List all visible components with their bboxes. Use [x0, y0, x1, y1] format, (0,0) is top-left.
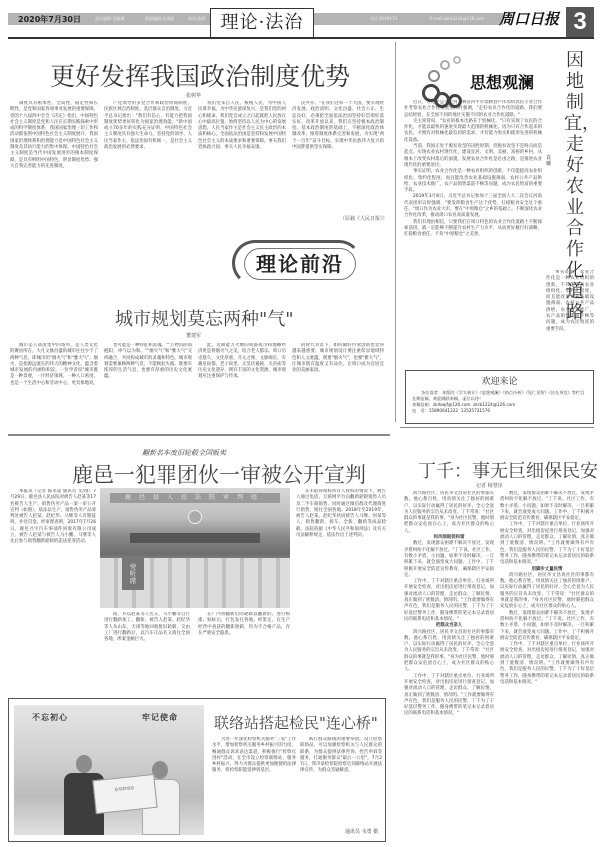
- article4-headline: 丁千：事无巨细保民安: [418, 457, 598, 483]
- slogan-left: 不忘初心: [32, 712, 68, 723]
- newspaper-logo: 周口日报: [494, 8, 564, 30]
- article5-column-1: 为进一步深化检察机关服务"三农"工作水平，增加检察机关服务乡村振兴的力度，畅通群…: [212, 737, 296, 835]
- column-divider: [395, 42, 396, 422]
- opinion-body-continued: 事实证明，农业合作化是一种农业组织的创新，不仅能提高农业组织化、集约化程度，而且…: [546, 270, 594, 365]
- judges-bench: [130, 533, 260, 543]
- article5-headline: 联络站搭起检民"连心桥": [214, 712, 378, 733]
- slogan-right: 牢记使命: [142, 712, 178, 723]
- welcome-body: 各位读者：本版的《学太极计》《思想观澜》《热点冷析》《见仁见智》《法在身边》等栏…: [412, 390, 587, 414]
- phone-number: 电话:8199173: [370, 16, 397, 22]
- court-emblem-icon: [188, 510, 202, 524]
- frontier-badge-label: 理论前沿: [244, 248, 356, 280]
- liaison-plaque: 检察联络站: [92, 774, 157, 814]
- frontier-badge: 理论前沿: [232, 240, 362, 286]
- article3-column-1: 本报讯（记者 陈永超 通讯员 文/图）7月29日，鹿邑县人民法院对被告人赵某等1…: [10, 489, 96, 609]
- section-title: 理论·法治: [210, 8, 314, 38]
- article1-column-4: 民共存。"在我们这样一个大国，要实现经济发展、政治清明、文化昌盛、社会公正、生态…: [292, 101, 384, 173]
- photo-credit: 通讯员 韦勇 摄: [345, 828, 378, 835]
- article2-headline: 城市规划莫忘两种"气": [115, 305, 294, 331]
- column-name: 思想观澜: [470, 70, 534, 93]
- article5-column-2: 践行群众路线的重要举措。设立检察联络站，可以加强检察机关与人民群众的联系，为群众…: [300, 737, 382, 825]
- article4-byline: 记者 杨慧泽: [476, 482, 503, 489]
- court-banner: 鹿邑县人民法院审判庭: [110, 493, 280, 503]
- proof-credit: 校对:张辉: [188, 16, 205, 22]
- article2-column-4: 的时代背景下，如何做好传承创新也显得越来越重要。城市规划设计要注重彰显地域特色和…: [292, 343, 384, 421]
- designer-credit: 版面编辑:宋海阳: [145, 16, 174, 22]
- welcome-submissions-box: 欢迎来论 各位读者：本版的《学太极计》《思想观澜》《热点冷析》《见仁见智》《法在…: [405, 370, 594, 424]
- article3-column-3: 在厂内将翻新后的轮毂以翻新的、进行喷漆、贴标后，打包发往各地。经鉴定，在生产经营…: [198, 612, 290, 672]
- welcome-title: 欢迎来论: [412, 374, 587, 387]
- article3-column-4: 在未取得商标所有人授权的情况下，被告人通过电话、互联网平台向翻新轮毂销售人员及二…: [296, 489, 386, 674]
- article1-column-2: 产党领导的多党合作和政治协商制度、民族区域自治制度、基层群众自治制度。习近平总书…: [104, 101, 192, 239]
- contact-email[interactable]: E-mail:zkrb3234@126.com: [430, 16, 484, 21]
- email-link-1[interactable]: zkrbwjf@126.com: [433, 402, 471, 407]
- article2-column-3: 此，近期能力火爆的成都夜市和地摊经济更是将烟火气之美，结合老人都乐。周口历史悠久…: [198, 343, 286, 421]
- article2-column-1: 城市是人高度集中的场所，是人类文化的聚居所在，大凡文脉昌盛的城市往往少不了两种气…: [10, 343, 98, 421]
- article2-column-2: 也可能是一种特征和灵魂。""万物负阴而抱阳，冲气以为和。""烟火气"和"雅大气"…: [104, 343, 192, 421]
- section-divider: [8, 434, 390, 436]
- editor-credit: 责任编辑:刘雅琳: [95, 16, 124, 22]
- article1-byline: 张树华: [186, 92, 201, 99]
- person-left-head: [76, 755, 92, 773]
- article1-headline: 更好发挥我国政治制度优势: [50, 57, 350, 93]
- page-number: 3: [566, 7, 594, 37]
- opinion-author: 袁曦: [546, 155, 554, 167]
- article4-column-2: 数过，发现群众困难不解决不放过，发现矛盾纠纷不化解不放过。"丁千说。社区工作，有…: [500, 491, 594, 841]
- liaison-station-photo: 不忘初心 牢记使命 检察联络站: [14, 705, 204, 835]
- gallery-sign: 旁听席: [122, 556, 144, 590]
- opinion-body: 近日，习近平总书记到吉林省四平市梨树县卢伟农机农民专业合作社考察农业合作化发展情…: [404, 100, 542, 370]
- article1-column-1: 制度具有根本性、全局性、稳定性和长期性，是党和国家各项事业发展的重要保障。党的十…: [10, 101, 98, 241]
- courtroom-photo: 鹿邑县人民法院审判庭 旁听席: [100, 488, 290, 608]
- article3-column-2: 间，并以赵某等人名义，马小鹏等自行进行翻新加工、翻新。被告人赵某、赵纪华等人从山…: [104, 612, 190, 672]
- article4-column-1: 鸿兴路社区，居民李文昌说社区的事都有数。他心系百姓，用真情关注了独居的困难户，以…: [404, 491, 494, 841]
- section-divider-right: [400, 427, 594, 428]
- article3-headline: 鹿邑一犯罪团伙一审被公开宣判: [72, 459, 366, 489]
- email-link-2[interactable]: zkrb1224@126.com: [473, 402, 515, 407]
- header-divider: [8, 37, 594, 39]
- issue-date: 2020年7月30日: [18, 14, 81, 25]
- article2-byline: 董建军: [186, 332, 201, 339]
- article3-kicker: 翻新名车废旧轮毂全国贩卖: [142, 448, 226, 458]
- article1-source: （原载《人民日报》）: [340, 215, 388, 222]
- article1-column-3: 我们党来自人民、根植人民，为中国人民谋幸福，为中华民族谋复兴，是我们党的初心和使…: [198, 101, 286, 201]
